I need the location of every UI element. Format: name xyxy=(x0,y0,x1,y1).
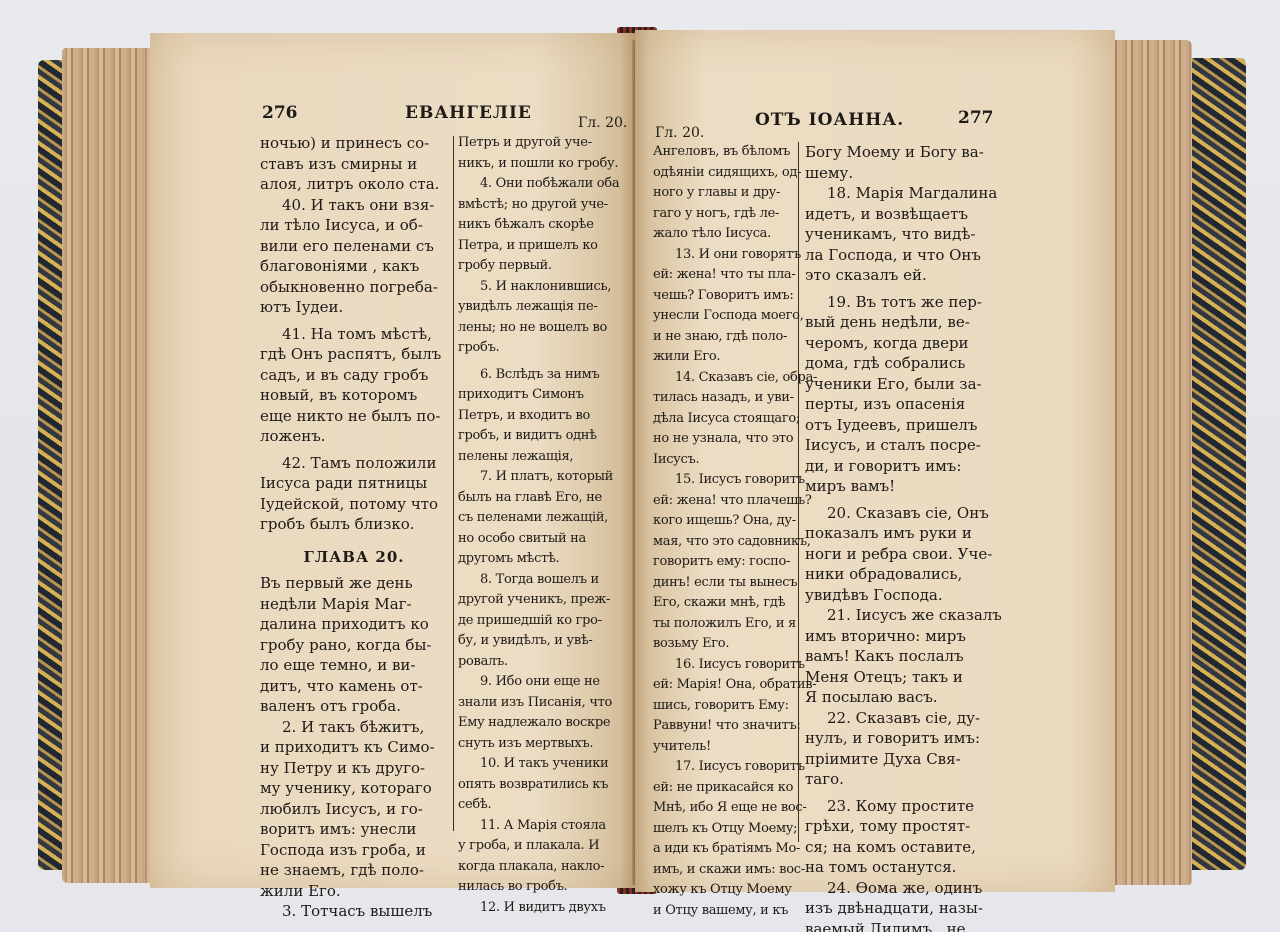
text-line: пріимите Духа Свя- xyxy=(805,749,995,770)
text-line: дѣла Іисуса стоящаго; xyxy=(653,409,793,430)
text-line: 9. Ибо они еще не xyxy=(458,672,626,693)
page-number: 277 xyxy=(958,108,994,128)
text-line: недѣли Марія Маг- xyxy=(260,594,448,615)
text-line: и приходитъ къ Симо- xyxy=(260,737,448,758)
text-line: грѣхи, тому простят- xyxy=(805,816,995,837)
left-page: 276 ЕВАНГЕЛІЕ Гл. 20. ночью) и принесъ с… xyxy=(150,33,635,888)
text-line: алоя, литръ около ста. xyxy=(260,174,448,195)
text-line: шему. xyxy=(805,163,995,184)
text-line: ей: Марія! Она, обратив- xyxy=(653,675,793,696)
text-line: 22. Сказавъ сіе, ду- xyxy=(805,708,995,729)
text-line: ты положилъ Его, и я xyxy=(653,614,793,635)
text-line: ли тѣло Іисуса, и об- xyxy=(260,215,448,236)
text-line: воритъ имъ: унесли xyxy=(260,819,448,840)
text-line: Въ первый же день xyxy=(260,573,448,594)
text-line: ютъ Іудеи. xyxy=(260,297,448,318)
text-line: ла Господа, и что Онъ xyxy=(805,245,995,266)
right-column-1: Ангеловъ, въ бѣломъ одѣяніи сидящихъ, од… xyxy=(653,142,793,921)
text-line: благовоніями , какъ xyxy=(260,256,448,277)
text-line: Петръ, и входитъ во xyxy=(458,406,626,427)
text-line: ники обрадовались, xyxy=(805,564,995,585)
text-line: Я посылаю васъ. xyxy=(805,687,995,708)
text-line: чешь? Говоритъ имъ: xyxy=(653,286,793,307)
text-line: ди, и говоритъ имъ: xyxy=(805,456,995,477)
text-line: ровалъ. xyxy=(458,652,626,673)
text-line: знали изъ Писанія, что xyxy=(458,693,626,714)
text-line: одѣяніи сидящихъ, од- xyxy=(653,163,793,184)
text-line: гробъ, и видитъ однѣ xyxy=(458,426,626,447)
text-line: му ученику, котораго xyxy=(260,778,448,799)
text-line: и не знаю, гдѣ поло- xyxy=(653,327,793,348)
text-line: Іудейской, потому что xyxy=(260,494,448,515)
text-line: 13. И они говорятъ xyxy=(653,245,793,266)
text-line: ей: жена! что ты пла- xyxy=(653,265,793,286)
text-line: пелены лежащія, xyxy=(458,447,626,468)
text-line: 17. Іисусъ говоритъ xyxy=(653,757,793,778)
text-line: идетъ, и возвѣщаетъ xyxy=(805,204,995,225)
text-line: имъ, и скажи имъ: вос- xyxy=(653,860,793,881)
text-line: Ангеловъ, въ бѣломъ xyxy=(653,142,793,163)
column-rule xyxy=(453,136,454,831)
text-line: Мнѣ, ибо Я еще не вос- xyxy=(653,798,793,819)
text-line: ло еще темно, и ви- xyxy=(260,655,448,676)
text-line: ночью) и принесъ со- xyxy=(260,133,448,154)
text-line: ну Петру и къ друго- xyxy=(260,758,448,779)
text-line: никъ, и пошли ко гробу. xyxy=(458,154,626,175)
text-line: 15. Іисусъ говоритъ xyxy=(653,470,793,491)
text-line: 21. Іисусъ же сказалъ xyxy=(805,605,995,626)
text-line: ставъ изъ смирны и xyxy=(260,154,448,175)
text-line: Петра, и пришелъ ко xyxy=(458,236,626,257)
text-line: 14. Сказавъ сіе, обра- xyxy=(653,368,793,389)
text-line: гаго у ногъ, гдѣ ле- xyxy=(653,204,793,225)
text-line: Богу Моему и Богу ва- xyxy=(805,142,995,163)
text-line: ся; на комъ оставите, xyxy=(805,837,995,858)
text-line: 24. Ѳома же, одинъ xyxy=(805,878,995,899)
text-line: отъ Іудеевъ, пришелъ xyxy=(805,415,995,436)
running-title: ОТЪ ІОАННА. xyxy=(755,110,904,130)
text-line: 11. А Марія стояла xyxy=(458,816,626,837)
text-line: не знаемъ, гдѣ поло- xyxy=(260,860,448,881)
text-line: 23. Кому простите xyxy=(805,796,995,817)
right-column-2: Богу Моему и Богу ва- шему. 18. Марія Ма… xyxy=(805,142,995,932)
text-line: гробъ. xyxy=(458,338,626,359)
text-line: ученики Его, были за- xyxy=(805,374,995,395)
text-line: 42. Тамъ положили xyxy=(260,453,448,474)
text-line: увидѣвъ Господа. xyxy=(805,585,995,606)
text-line: де пришедшій ко гро- xyxy=(458,611,626,632)
text-line: далина приходитъ ко xyxy=(260,614,448,635)
text-line: но особо свитый на xyxy=(458,529,626,550)
text-line: тилась назадъ, и уви- xyxy=(653,388,793,409)
text-line: валенъ отъ гроба. xyxy=(260,696,448,717)
text-line: гробу рано, когда бы- xyxy=(260,635,448,656)
chapter-ref: Гл. 20. xyxy=(655,125,704,141)
text-line: опять возвратились къ xyxy=(458,775,626,796)
text-line: обыкновенно погреба- xyxy=(260,277,448,298)
chapter-heading: ГЛАВА 20. xyxy=(260,547,448,568)
text-line: это сказалъ ей. xyxy=(805,265,995,286)
text-line: кого ищешь? Она, ду- xyxy=(653,511,793,532)
text-line: снуть изъ мертвыхъ. xyxy=(458,734,626,755)
text-line: динъ! если ты вынесъ xyxy=(653,573,793,594)
text-line: бу, и увидѣлъ, и увѣ- xyxy=(458,631,626,652)
text-line: 41. На томъ мѣстѣ, xyxy=(260,324,448,345)
text-line: возьму Его. xyxy=(653,634,793,655)
text-line: хожу къ Отцу Моему xyxy=(653,880,793,901)
text-line: 20. Сказавъ сіе, Онъ xyxy=(805,503,995,524)
text-line: гробу первый. xyxy=(458,256,626,277)
text-line: гробъ былъ близко. xyxy=(260,514,448,535)
text-line: садъ, и въ саду гробъ xyxy=(260,365,448,386)
text-line: съ пеленами лежащій, xyxy=(458,508,626,529)
text-line: 16. Іисусъ говоритъ xyxy=(653,655,793,676)
text-line: показалъ имъ руки и xyxy=(805,523,995,544)
text-line: ного у главы и дру- xyxy=(653,183,793,204)
text-line: дитъ, что камень от- xyxy=(260,676,448,697)
text-line: учитель! xyxy=(653,737,793,758)
text-line: у гроба, и плакала. И xyxy=(458,836,626,857)
text-line: нилась во гробъ. xyxy=(458,877,626,898)
text-line: таго. xyxy=(805,769,995,790)
text-line: нулъ, и говоритъ имъ: xyxy=(805,728,995,749)
text-line: Раввуни! что значитъ: xyxy=(653,716,793,737)
text-line: черомъ, когда двери xyxy=(805,333,995,354)
text-line: жили Его. xyxy=(260,881,448,902)
text-line: изъ двѣнадцати, назы- xyxy=(805,898,995,919)
text-line: увидѣлъ лежащія пе- xyxy=(458,297,626,318)
right-page: Гл. 20. ОТЪ ІОАННА. 277 Ангеловъ, въ бѣл… xyxy=(635,30,1115,892)
text-line: 7. И платъ, который xyxy=(458,467,626,488)
text-line: Іисуса ради пятницы xyxy=(260,473,448,494)
text-line: Господа изъ гроба, и xyxy=(260,840,448,861)
page-number: 276 xyxy=(262,103,298,123)
text-line: жало тѣло Іисуса. xyxy=(653,224,793,245)
text-line: другомъ мѣстѣ. xyxy=(458,549,626,570)
text-line: Меня Отецъ; такъ и xyxy=(805,667,995,688)
text-line: имъ вторично: миръ xyxy=(805,626,995,647)
text-line: 40. И такъ они взя- xyxy=(260,195,448,216)
page-block-left xyxy=(62,48,158,883)
text-line: любилъ Іисусъ, и го- xyxy=(260,799,448,820)
text-line: говоритъ ему: госпо- xyxy=(653,552,793,573)
page-block-right xyxy=(1106,40,1192,885)
left-column-1: ночью) и принесъ со- ставъ изъ смирны и … xyxy=(260,133,448,922)
text-line: 12. И видитъ двухъ xyxy=(458,898,626,919)
text-line: себѣ. xyxy=(458,795,626,816)
text-line: еще никто не былъ по- xyxy=(260,406,448,427)
text-line: а иди къ братіямъ Мо- xyxy=(653,839,793,860)
text-line: на томъ останутся. xyxy=(805,857,995,878)
text-line: вили его пеленами съ xyxy=(260,236,448,257)
text-line: 2. И такъ бѣжитъ, xyxy=(260,717,448,738)
text-line: лены; но не вошелъ во xyxy=(458,318,626,339)
text-line: 3. Тотчасъ вышелъ xyxy=(260,901,448,922)
left-column-2: Петръ и другой уче- никъ, и пошли ко гро… xyxy=(458,133,626,918)
text-line: 10. И такъ ученики xyxy=(458,754,626,775)
text-line: и Отцу вашему, и къ xyxy=(653,901,793,922)
text-line: Іисусъ, и сталъ посре- xyxy=(805,435,995,456)
text-line: ноги и ребра свои. Уче- xyxy=(805,544,995,565)
text-line: 5. И наклонившись, xyxy=(458,277,626,298)
text-line: но не узнала, что это xyxy=(653,429,793,450)
text-line: жили Его. xyxy=(653,347,793,368)
chapter-ref: Гл. 20. xyxy=(578,115,627,131)
text-line: когда плакала, накло- xyxy=(458,857,626,878)
text-line: приходитъ Симонъ xyxy=(458,385,626,406)
text-line: ваемый Дидимъ , не xyxy=(805,919,995,932)
text-line: Ему надлежало воскре xyxy=(458,713,626,734)
text-line: ученикамъ, что видѣ- xyxy=(805,224,995,245)
text-line: гдѣ Онъ распятъ, былъ xyxy=(260,344,448,365)
running-title: ЕВАНГЕЛІЕ xyxy=(405,103,532,123)
text-line: Его, скажи мнѣ, гдѣ xyxy=(653,593,793,614)
text-line: 8. Тогда вошелъ и xyxy=(458,570,626,591)
text-line: 19. Въ тотъ же пер- xyxy=(805,292,995,313)
text-line: перты, изъ опасенія xyxy=(805,394,995,415)
text-line: новый, въ которомъ xyxy=(260,385,448,406)
text-line: шелъ къ Отцу Моему; xyxy=(653,819,793,840)
text-line: дома, гдѣ собрались xyxy=(805,353,995,374)
text-line: вмѣстѣ; но другой уче- xyxy=(458,195,626,216)
text-line: вамъ! Какъ послалъ xyxy=(805,646,995,667)
text-line: ей: не прикасайся ко xyxy=(653,778,793,799)
text-line: ей: жена! что плачешь? xyxy=(653,491,793,512)
text-line: вый день недѣли, ве- xyxy=(805,312,995,333)
text-line: былъ на главѣ Его, не xyxy=(458,488,626,509)
text-line: 4. Они побѣжали оба xyxy=(458,174,626,195)
text-line: Іисусъ. xyxy=(653,450,793,471)
text-line: миръ вамъ! xyxy=(805,476,995,497)
text-line: другой ученикъ, преж- xyxy=(458,590,626,611)
text-line: 18. Марія Магдалина xyxy=(805,183,995,204)
text-line: никъ бѣжалъ скорѣе xyxy=(458,215,626,236)
text-line: шись, говоритъ Ему: xyxy=(653,696,793,717)
text-line: мая, что это садовникъ, xyxy=(653,532,793,553)
text-line: унесли Господа моего, xyxy=(653,306,793,327)
text-line: Петръ и другой уче- xyxy=(458,133,626,154)
text-line: 6. Вслѣдъ за нимъ xyxy=(458,365,626,386)
text-line: ложенъ. xyxy=(260,426,448,447)
